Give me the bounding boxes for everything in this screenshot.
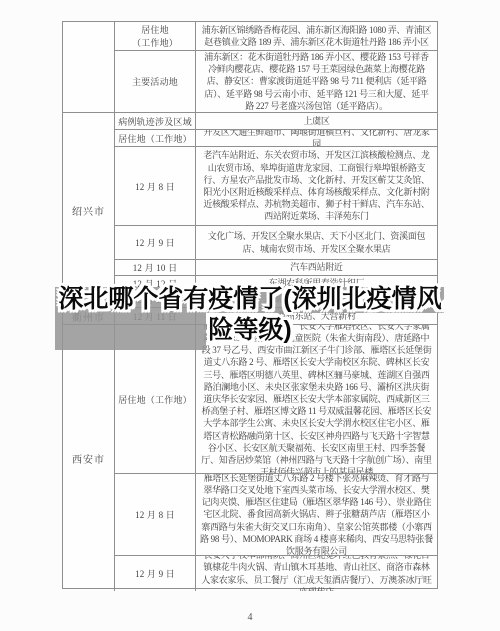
row-content-text: 长安大学校本部南院、商州区北宽坪红色教育景点、棣花古镇棣花牛肉火锅、青山镇木耳基… xyxy=(200,556,433,591)
row-content-cell: 上虞区 xyxy=(196,113,437,129)
row-content-text: 浦东新区：花木街道牡丹路 186 弄小区、樱花路 153 号祥香冷鲜肉樱花店、樱… xyxy=(200,51,433,112)
table-row: 病例轨迹涉及区域上虞区 xyxy=(115,113,437,129)
overlay-title-line1: 深北哪个省有疫情了(深圳北疫情风 xyxy=(0,284,500,315)
table-section: 居住地 （工作地）浦东新区锦绣路香梅花园、浦东新区海阳路 1080 弄、青浦区赵… xyxy=(63,22,437,112)
row-content-cell: 雁塔区长延堡街道丈八东路 2 号楼下张亮麻辣烫、育才路与翠华路口交叉处地下室西头… xyxy=(196,474,437,555)
table-section: 绍兴市病例轨迹涉及区域上虞区居住地（工作地）开发区大通生鲜超市、陶堰街道横旦村、… xyxy=(63,112,437,307)
row-content-text: 开发区大通生鲜超市、陶堰街道横旦村、文化新村、唐龙家园 xyxy=(200,130,433,146)
row-content-text: 浦东新区锦绣路香梅花园、浦东新区海阳路 1080 弄、青浦区赵巷镇业文路 189… xyxy=(200,24,433,48)
row-content-cell: 开发区大通生鲜超市、陶堰街道横旦村、文化新村、唐龙家园 xyxy=(196,130,437,146)
row-label-cell: 主要活动地 xyxy=(115,51,196,112)
row-label-cell: 12 月 8 日 xyxy=(115,147,196,225)
row-content-text: 雁塔区长安大学家属院、长安大学雁塔校区、长安大学家属院子区 15 号楼、天佑儿童… xyxy=(200,325,433,473)
table-row: 主要活动地浦东新区：花木街道牡丹路 186 弄小区、樱花路 153 号祥香冷鲜肉… xyxy=(115,50,437,112)
row-content-cell: 汽车西站附近 xyxy=(196,260,437,275)
page-number: 4 xyxy=(0,612,500,623)
row-label-cell: 12 月 8 日 xyxy=(115,474,196,555)
row-label-cell: 病例轨迹涉及区域 xyxy=(115,113,196,129)
table-row: 12 月 9 日长安大学校本部南院、商州区北宽坪红色教育景点、棣花古镇棣花牛肉火… xyxy=(115,555,437,591)
city-cell: 绍兴市 xyxy=(63,113,115,307)
overlay-title-line2: 险等级) xyxy=(0,315,500,346)
row-content-text: 文化广场、开发区全聚水果店、天下小区北门、资溪面包店、城南农贸市场、开发区全聚水… xyxy=(200,230,433,254)
row-label-cell: 12 月 10 日 xyxy=(115,260,196,275)
row-label-cell: 居住地 （工作地） xyxy=(115,22,196,50)
title-overlay: 深北哪个省有疫情了(深圳北疫情风 险等级) xyxy=(0,284,500,346)
row-content-text: 老汽车站附近、东关农贸市场、开发区江滨核酸检测点、龙山农贸市场、皋埠街道唐龙家园… xyxy=(200,149,433,222)
city-cell: 西安市 xyxy=(63,325,115,591)
city-cell xyxy=(63,22,115,112)
table-row: 12 月 9 日文化广场、开发区全聚水果店、天下小区北门、资溪面包店、城南农贸市… xyxy=(115,225,437,259)
row-label-cell: 12 月 9 日 xyxy=(115,226,196,259)
row-content-cell: 浦东新区锦绣路香梅花园、浦东新区海阳路 1080 弄、青浦区赵巷镇业文路 189… xyxy=(196,22,437,50)
row-content-text: 雁塔区长延堡街道丈八东路 2 号楼下张亮麻辣烫、育才路与翠华路口交叉处地下室西头… xyxy=(200,474,433,555)
table-row: 居住地（工作地）开发区大通生鲜超市、陶堰街道横旦村、文化新村、唐龙家园 xyxy=(115,129,437,146)
row-label-cell: 12 月 9 日 xyxy=(115,556,196,591)
table-row: 居住地 （工作地）浦东新区锦绣路香梅花园、浦东新区海阳路 1080 弄、青浦区赵… xyxy=(115,22,437,50)
row-content-text: 汽车西站附近 xyxy=(200,261,433,273)
row-content-cell: 浦东新区：花木街道牡丹路 186 弄小区、樱花路 153 号祥香冷鲜肉樱花店、樱… xyxy=(196,51,437,112)
table-row: 12 月 10 日汽车西站附近 xyxy=(115,259,437,275)
table-row: 12 月 8 日雁塔区长延堡街道丈八东路 2 号楼下张亮麻辣烫、育才路与翠华路口… xyxy=(115,473,437,555)
row-label-cell: 居住地（工作地） xyxy=(115,130,196,146)
document-page: 居住地 （工作地）浦东新区锦绣路香梅花园、浦东新区海阳路 1080 弄、青浦区赵… xyxy=(0,0,500,631)
table-row: 12 月 8 日老汽车站附近、东关农贸市场、开发区江滨核酸检测点、龙山农贸市场、… xyxy=(115,146,437,225)
row-content-cell: 长安大学校本部南院、商州区北宽坪红色教育景点、棣花古镇棣花牛肉火锅、青山镇木耳基… xyxy=(196,556,437,591)
row-content-cell: 老汽车站附近、东关农贸市场、开发区江滨核酸检测点、龙山农贸市场、皋埠街道唐龙家园… xyxy=(196,147,437,225)
row-content-cell: 雁塔区长安大学家属院、长安大学雁塔校区、长安大学家属院子区 15 号楼、天佑儿童… xyxy=(196,325,437,473)
row-content-text: 上虞区 xyxy=(200,115,433,127)
table-section: 西安市居住地（工作地）雁塔区长安大学家属院、长安大学雁塔校区、长安大学家属院子区… xyxy=(63,324,437,591)
row-content-cell: 文化广场、开发区全聚水果店、天下小区北门、资溪面包店、城南农贸市场、开发区全聚水… xyxy=(196,226,437,259)
